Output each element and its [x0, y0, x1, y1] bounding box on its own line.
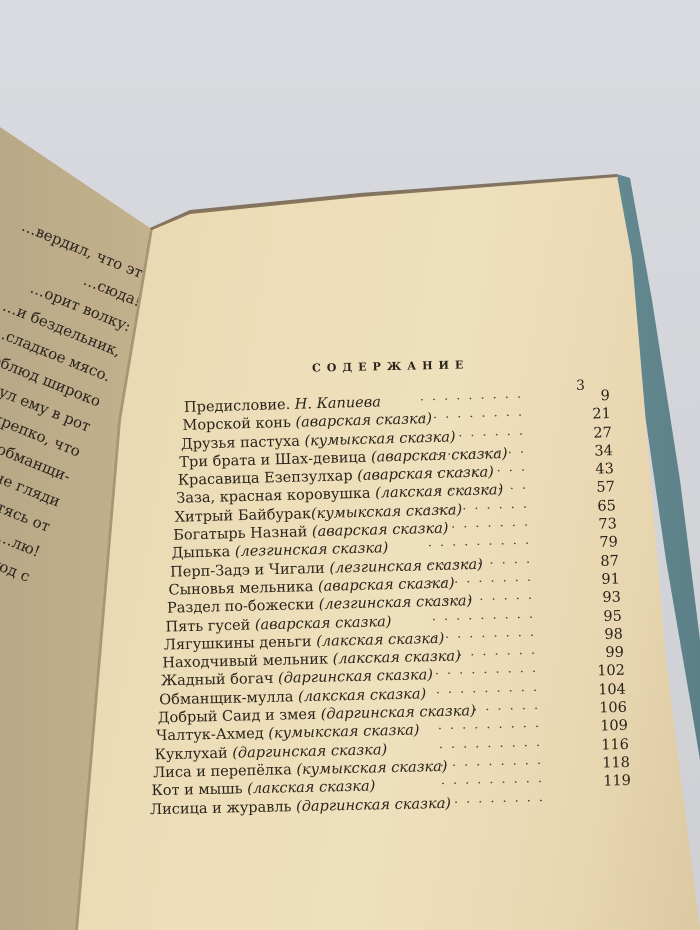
toc-entry-page: 99: [584, 645, 624, 662]
toc-entry-page: 73: [577, 516, 617, 533]
toc-entry-page: 43: [574, 461, 614, 478]
toc-entry-subtitle: (аварская сказка): [255, 614, 392, 633]
toc-list: Предисловие. Н. Капиева·········9Морской…: [150, 394, 640, 815]
toc-entry-subtitle: (лакская сказка): [316, 631, 444, 650]
toc-entry-name: Обманщик-мулла: [159, 689, 298, 708]
toc-entry-subtitle: (даргинская сказка): [278, 668, 433, 688]
toc-entry-page: 9: [570, 388, 610, 405]
toc-entry-name: Богатырь Назнай: [173, 524, 312, 544]
toc-entry-page: 27: [572, 425, 612, 442]
toc-entry-subtitle: (лакская сказка): [247, 779, 375, 798]
toc-leader-dots: ·········: [438, 720, 548, 737]
toc-leader-dots: ·········: [422, 427, 532, 445]
toc-entry-page: 119: [591, 773, 631, 790]
toc-leader-dots: ·········: [430, 573, 540, 591]
toc-leader-dots: ·········: [420, 390, 530, 408]
toc-leader-dots: ·········: [439, 738, 549, 755]
toc-entry-name: Пять гусей: [165, 617, 255, 635]
toc-leader-dots: ·········: [437, 702, 547, 719]
toc-entry-page: 93: [581, 590, 621, 607]
toc-leader-dots: ·········: [428, 537, 538, 555]
toc-entry-page: 95: [582, 608, 622, 625]
toc-entry-name: Лиса и перепёлка: [153, 762, 297, 781]
toc-leader-dots: ·········: [440, 757, 550, 774]
toc-leader-dots: ·········: [432, 610, 542, 628]
toc-leader-dots: ·········: [425, 482, 535, 500]
toc-leader-dots: ·········: [433, 628, 543, 646]
toc-entry-page: 102: [585, 663, 625, 680]
toc-leader-dots: ·········: [427, 518, 537, 536]
toc-leader-dots: ·········: [436, 683, 546, 700]
toc-leader-dots: ·········: [426, 500, 536, 518]
toc-entry-page: 91: [580, 571, 620, 588]
toc-entry-name: Хитрый Байбурак: [175, 506, 312, 526]
toc-entry-name: Находчивый мельник: [162, 652, 333, 672]
toc-entry-name: Перп-Задэ и Чигали: [170, 560, 330, 580]
toc-leader-dots: ·········: [441, 775, 550, 792]
toc-entry-subtitle: (даргинская сказка): [296, 795, 451, 814]
toc-entry-subtitle: (кумыкская сказка): [268, 723, 419, 742]
table-of-contents: СОДЕРЖАНИЕ 3 Предисловие. Н. Капиева····…: [150, 350, 640, 810]
toc-entry-page: 98: [583, 626, 623, 643]
toc-entry-name: Друзья пастуха: [181, 433, 305, 452]
toc-leader-dots: ·········: [434, 647, 544, 665]
toc-entry-name: Раздел по-божески: [167, 597, 319, 617]
toc-entry-page: 104: [586, 681, 626, 698]
book-photo: …вердил, что это …сюда! …орит волку: …и …: [0, 0, 700, 930]
toc-entry-subtitle: (лакская сказка): [298, 686, 426, 705]
toc-leader-dots: ·········: [424, 464, 534, 482]
toc-entry-subtitle: (даргинская сказка): [232, 742, 387, 761]
toc-entry-page: 116: [589, 737, 629, 754]
toc-entry-page: 57: [575, 480, 615, 497]
toc-entry-name: Сыновья мельника: [168, 579, 318, 599]
toc-heading: СОДЕРЖАНИЕ: [312, 358, 470, 374]
toc-entry-subtitle: (лезгинская сказка): [235, 541, 389, 561]
toc-entry-subtitle: (аварская сказка): [295, 411, 432, 431]
toc-entry-name: Лягушкины деньги: [164, 634, 317, 654]
toc-entry-subtitle: Н. Капиева: [295, 394, 381, 412]
toc-entry-name: Дыпька: [171, 544, 235, 562]
toc-entry-page: 109: [588, 718, 628, 735]
toc-entry-name: Кот и мышь: [151, 781, 247, 799]
toc-entry-name: Предисловие.: [184, 397, 295, 416]
toc-entry-name: Куклухай: [154, 745, 232, 763]
toc-entry-subtitle: (кумыкская сказка): [296, 759, 447, 778]
toc-leader-dots: ·········: [421, 409, 531, 427]
toc-entry-name: Чалтук-Ахмед: [156, 726, 268, 744]
toc-leader-dots: ·········: [435, 665, 545, 683]
toc-leader-dots: ·········: [442, 793, 551, 810]
toc-entry-page: 34: [573, 443, 613, 460]
toc-entry-name: Жадный богач: [161, 671, 279, 690]
toc-entry-title: Кот и мышь (лакская сказка): [151, 779, 375, 800]
toc-entry-page: 106: [587, 700, 627, 717]
toc-entry-page: 65: [576, 498, 616, 515]
toc-leader-dots: ·········: [429, 555, 539, 573]
toc-entry-page: 87: [579, 553, 619, 570]
toc-entry-page: 118: [590, 755, 630, 772]
toc-entry-name: Добрый Саид и змея: [158, 707, 321, 727]
toc-entry-name: Лисица и журавль: [150, 799, 296, 818]
toc-entry-name: Морской конь: [182, 415, 295, 434]
toc-entry-name: Заза, красная коровушка: [176, 486, 375, 507]
toc-entry-page: 21: [571, 406, 611, 423]
toc-leader-dots: ·········: [431, 592, 541, 610]
toc-entry-page: 79: [578, 535, 618, 552]
toc-leader-dots: ·········: [423, 445, 533, 463]
